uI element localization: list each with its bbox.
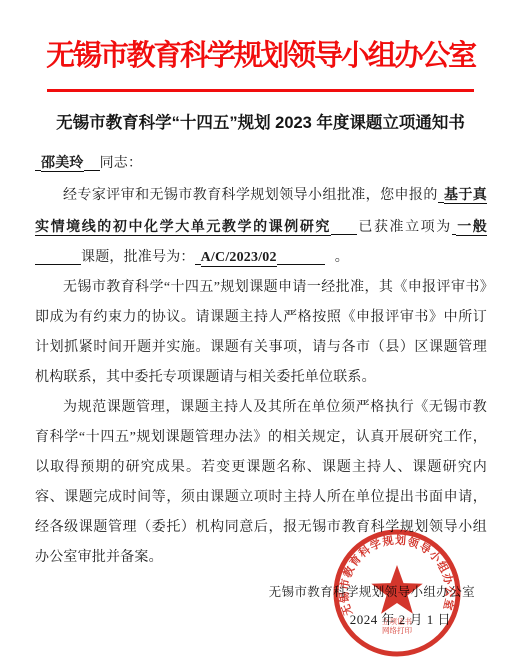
project-underline-trail bbox=[331, 218, 357, 235]
letterhead-divider bbox=[47, 89, 474, 92]
approval-period: 。 bbox=[335, 250, 349, 265]
approval-tail-text: 课题，批准号为： bbox=[81, 250, 195, 265]
seal-caption-line1: 立项证书 bbox=[382, 616, 412, 626]
approval-number: A/C/2023/02 bbox=[201, 250, 277, 267]
seal-star-icon bbox=[371, 565, 422, 614]
paragraph-approval: 经专家评审和无锡市教育科学规划领导小组批准，您申报的基于真实情境线的初中化学大单… bbox=[35, 179, 487, 273]
project-category: 一般 bbox=[456, 218, 487, 236]
recipient-name: 邵美玲 bbox=[41, 154, 84, 172]
official-seal: 无锡市教育科学规划领导小组办公室 立项证书 网络打印 bbox=[322, 518, 472, 668]
letter-body: 邵美玲同志： 经专家评审和无锡市教育科学规划领导小组批准，您申报的基于真实情境线… bbox=[35, 147, 487, 573]
paragraph-instructions: 无锡市教育科学“十四五”规划课题申请一经批准，其《申报评审书》即成为有约束力的协… bbox=[35, 273, 487, 393]
approval-no-underline-lead bbox=[195, 248, 201, 265]
approval-mid-text: 已获准立项为 bbox=[357, 220, 452, 235]
salutation-suffix: 同志： bbox=[100, 156, 143, 171]
notice-page: 无锡市教育科学规划领导小组办公室 无锡市教育科学“十四五”规划 2023 年度课… bbox=[0, 0, 521, 670]
seal-caption-line2: 网络打印 bbox=[382, 625, 412, 635]
project-underline-lead bbox=[438, 186, 444, 203]
salutation-line: 邵美玲同志： bbox=[35, 147, 487, 179]
document-title: 无锡市教育科学“十四五”规划 2023 年度课题立项通知书 bbox=[0, 109, 521, 133]
category-underline-trail bbox=[35, 248, 81, 265]
letterhead-org-name: 无锡市教育科学规划领导小组办公室 bbox=[0, 33, 521, 74]
approval-lead-text: 经专家评审和无锡市教育科学规划领导小组批准，您申报的 bbox=[63, 188, 438, 203]
recipient-underline-trail bbox=[84, 154, 100, 171]
approval-no-underline-trail bbox=[277, 248, 325, 265]
